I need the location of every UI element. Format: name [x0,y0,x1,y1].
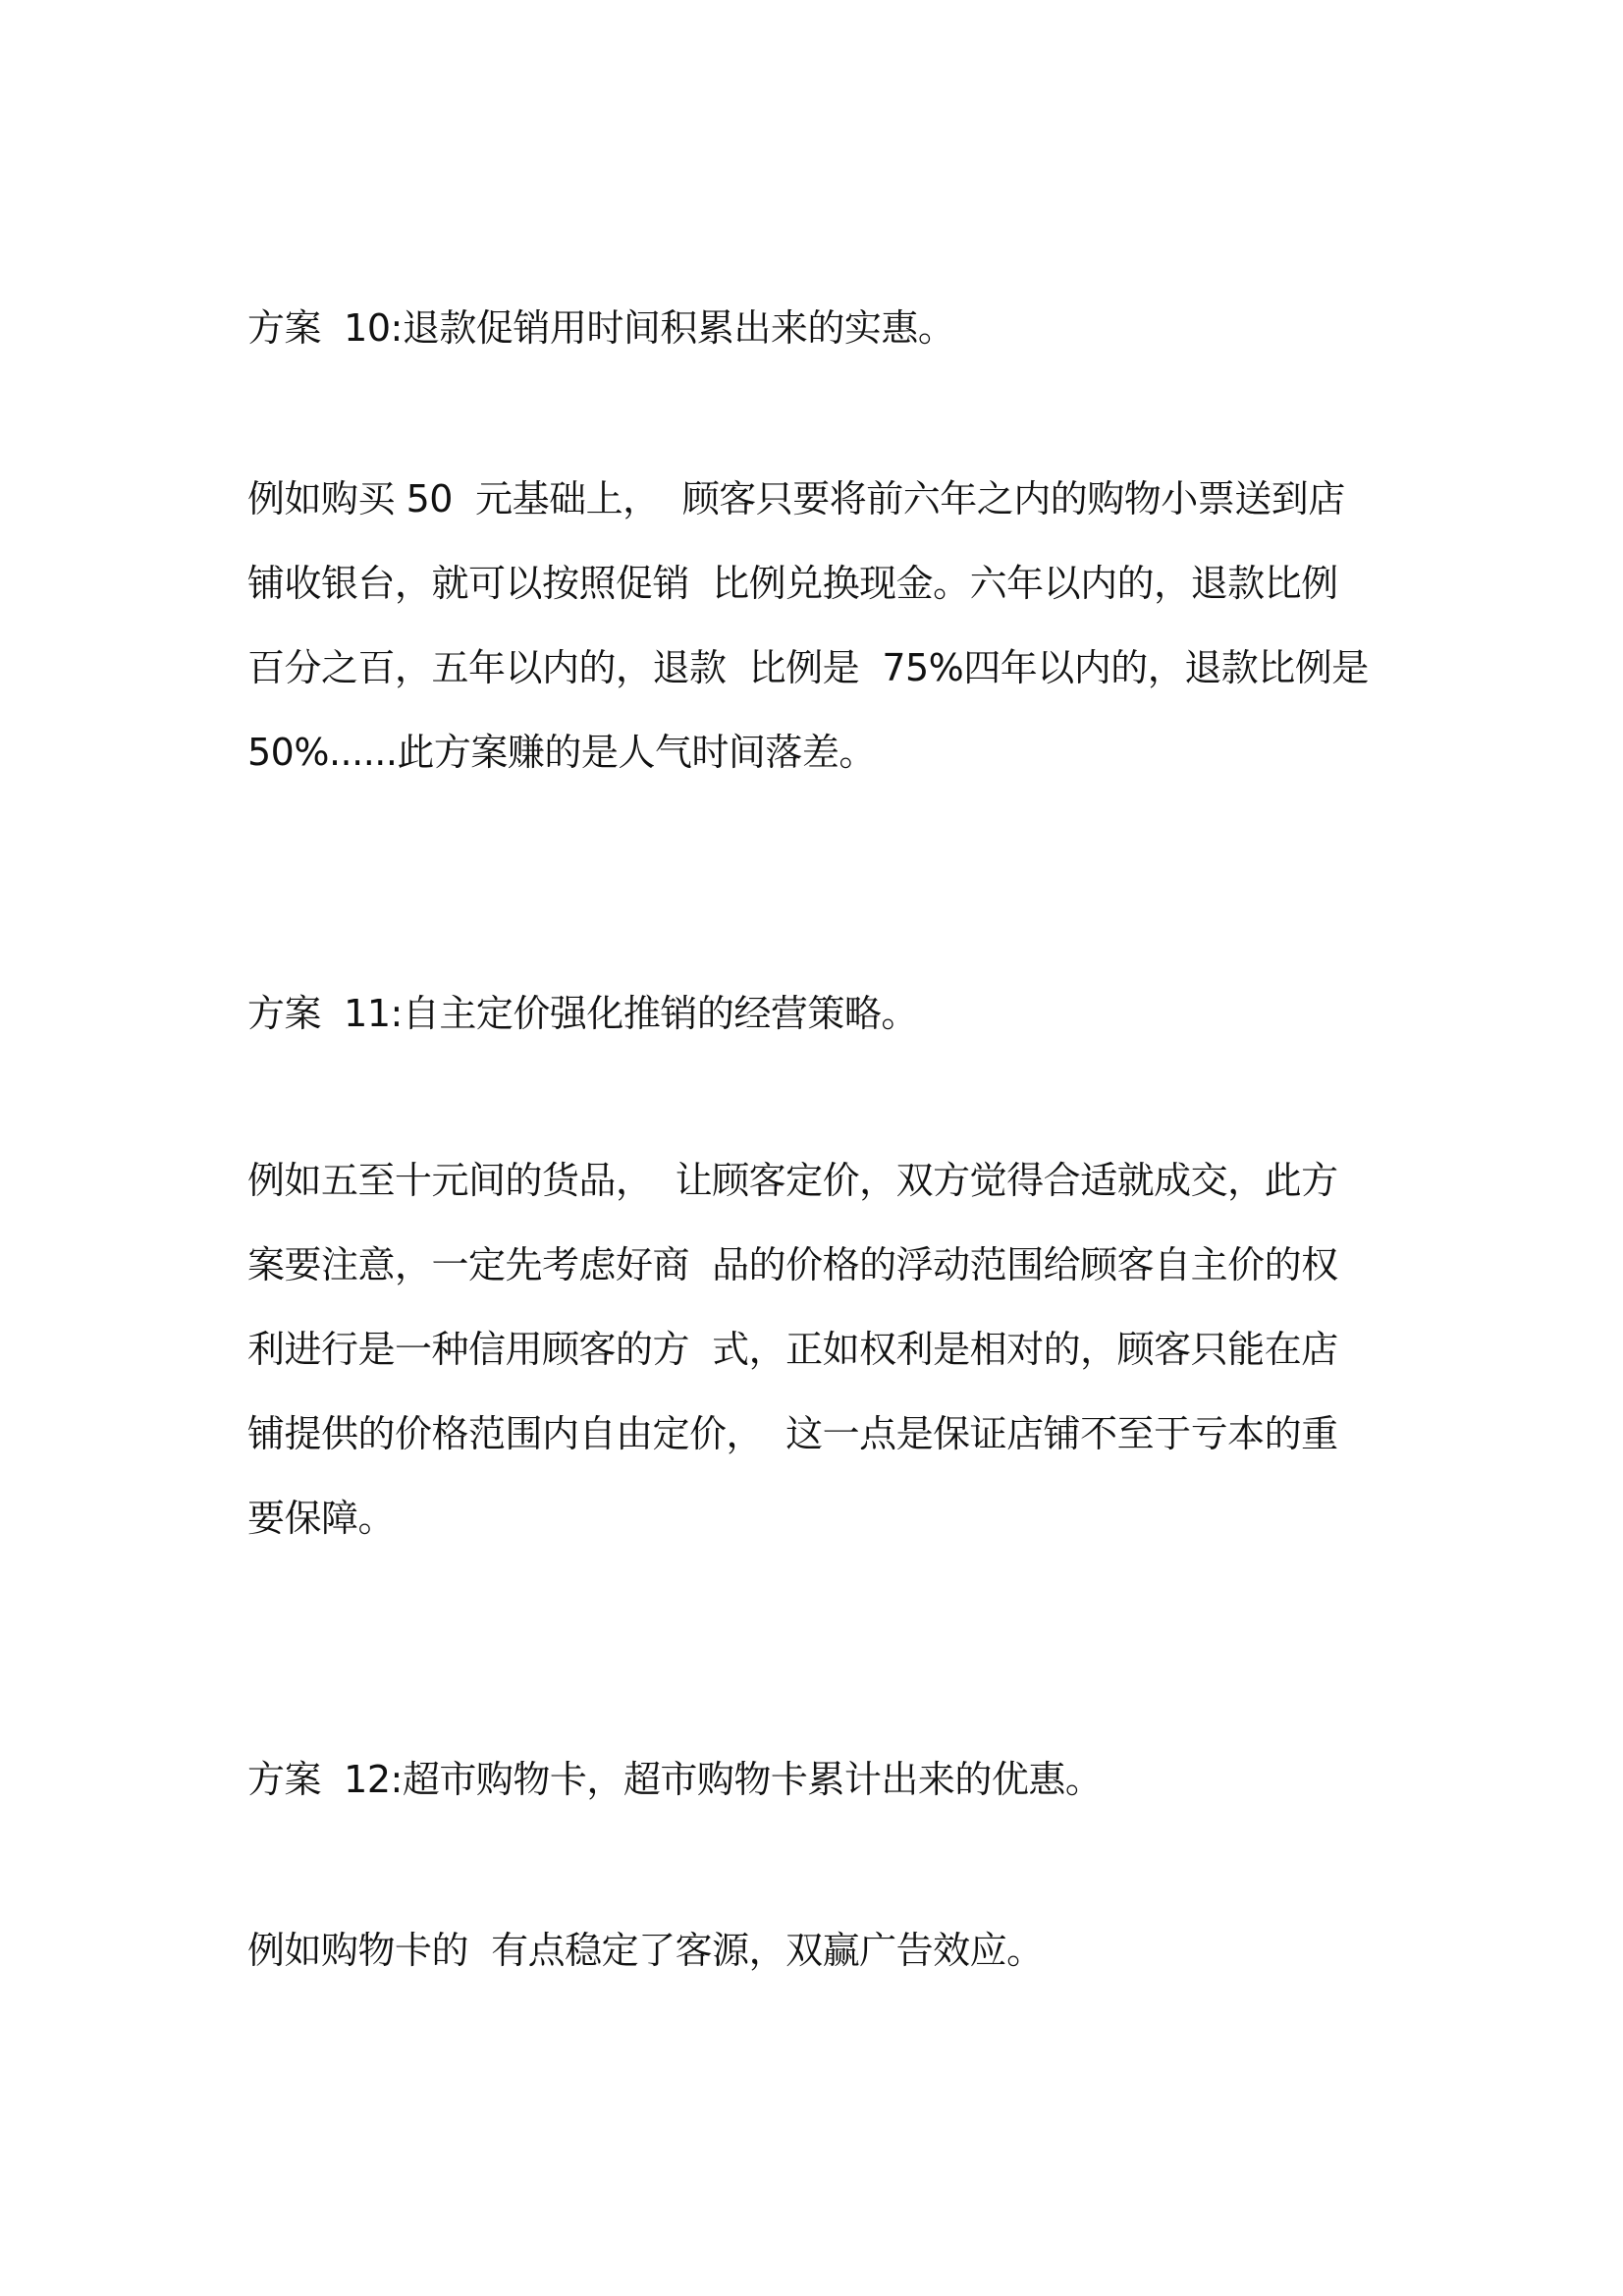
section-heading-11: 方案 11:自主定价强化推销的经营策略。 [247,990,918,1037]
section-10-line-3: 百分之百，五年以内的，退款 比例是 75%四年以内的，退款比例是 [247,644,1369,691]
section-12-line-1: 例如购物卡的 有点稳定了客源，双赢广告效应。 [247,1927,1044,1974]
section-11-line-3: 利进行是一种信用顾客的方 式，正如权利是相对的，顾客只能在店 [247,1326,1338,1373]
section-11-line-5: 要保障。 [247,1495,395,1542]
section-heading-10: 方案 10:退款促销用时间积累出来的实惠。 [247,304,954,352]
document-page: 方案 10:退款促销用时间积累出来的实惠。 例如购买 50 元基础上， 顾客只要… [0,0,1623,2296]
section-10-line-2: 铺收银台，就可以按照促销 比例兑换现金。六年以内的，退款比例 [247,560,1338,607]
section-heading-12: 方案 12:超市购物卡，超市购物卡累计出来的优惠。 [247,1756,1102,1803]
section-10-line-1: 例如购买 50 元基础上， 顾客只要将前六年之内的购物小票送到店 [247,475,1345,522]
section-11-line-2: 案要注意，一定先考虑好商 品的价格的浮动范围给顾客自主价的权 [247,1241,1338,1288]
section-10-line-4: 50%......此方案赚的是人气时间落差。 [247,729,876,776]
section-11-line-4: 铺提供的价格范围内自由定价， 这一点是保证店铺不至于亏本的重 [247,1410,1338,1457]
section-11-line-1: 例如五至十元间的货品， 让顾客定价，双方觉得合适就成交，此方 [247,1157,1338,1204]
